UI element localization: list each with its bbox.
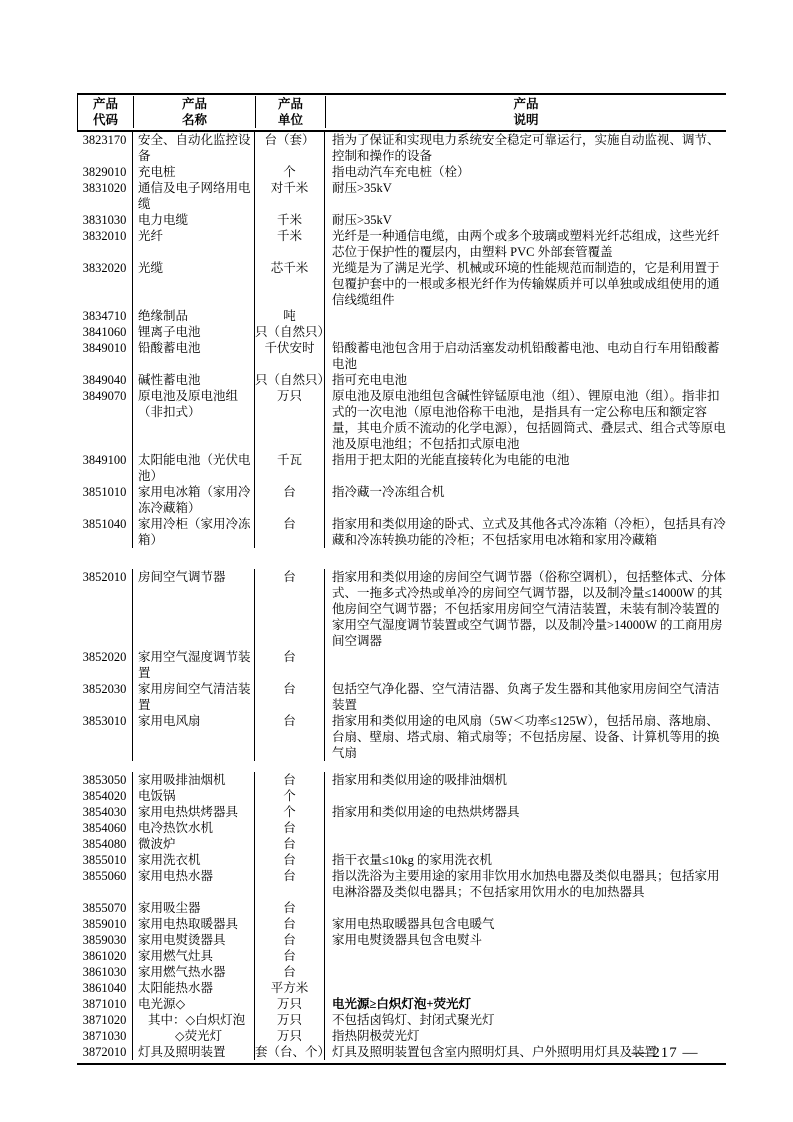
product-description-cell: 指家用和类似用途的卧式、立式及其他各式冷冻箱（冷柜），包括具有冷藏和冷冻转换功能… <box>325 516 726 548</box>
product-unit-cell: 台（套） <box>255 132 325 164</box>
product-unit-cell: 千米 <box>255 212 325 228</box>
product-description-cell: 原电池及原电池组包含碱性锌锰原电池（组）、锂原电池（组）。指非扣式的一次电池（原… <box>325 388 726 452</box>
table-row: 3829010充电桩个指电动汽车充电桩（栓） <box>77 164 726 180</box>
product-name-cell: 电光源◇ <box>133 996 255 1012</box>
table-row: 3834710绝缘制品吨 <box>77 308 726 324</box>
product-code-cell: 3855060 <box>77 868 133 900</box>
product-code-cell: 3829010 <box>77 164 133 180</box>
product-description-cell <box>325 836 726 852</box>
product-code-cell: 3853050 <box>77 772 133 788</box>
product-code-cell: 3854080 <box>77 836 133 852</box>
product-name-cell: 家用房间空气清洁装置 <box>133 681 255 713</box>
table-row: 3849040碱性蓄电池只（自然只）指可充电电池 <box>77 372 726 388</box>
product-description-cell <box>325 948 726 964</box>
page-number: — 217 — <box>600 1045 730 1061</box>
product-unit-cell: 台 <box>255 713 325 761</box>
product-description-cell <box>325 820 726 836</box>
table-row: 3852010房间空气调节器台指家用和类似用途的房间空气调节器（俗称空调机），包… <box>77 569 726 649</box>
product-code-cell: 3861040 <box>77 980 133 996</box>
header-line: 产品 <box>256 96 325 112</box>
product-code-cell: 3834710 <box>77 308 133 324</box>
product-description-cell: 指电动汽车充电桩（栓） <box>325 164 726 180</box>
product-unit-cell: 千米 <box>255 228 325 260</box>
product-code-cell: 3861020 <box>77 948 133 964</box>
product-code-cell: 3854060 <box>77 820 133 836</box>
header-product-description: 产品 说明 <box>326 96 726 128</box>
table-row: 3823170安全、自动化监控设备台（套）指为了保证和实现电力系统安全稳定可靠运… <box>77 132 726 164</box>
product-description-cell: 耐压>35kV <box>325 212 726 228</box>
product-unit-cell: 台 <box>255 932 325 948</box>
product-description-cell <box>325 900 726 916</box>
table-row: 3853050家用吸排油烟机台指家用和类似用途的吸排油烟机 <box>77 772 726 788</box>
table-header: 产品 代码 产品 名称 产品 单位 产品 说明 <box>77 93 726 132</box>
product-code-cell: 3852020 <box>77 649 133 681</box>
product-unit-cell: 台 <box>255 948 325 964</box>
product-name-cell: 家用燃气热水器 <box>133 964 255 980</box>
product-unit-cell: 台 <box>255 516 325 548</box>
product-code-cell: 3871030 <box>77 1028 133 1044</box>
table-row: 3859010家用电热取暖器具台家用电热取暖器具包含电暖气 <box>77 916 726 932</box>
product-name-cell: 家用燃气灶具 <box>133 948 255 964</box>
table-row: 3871030◇荧光灯万只指热阴极荧光灯 <box>77 1028 726 1044</box>
product-name-cell: 电力电缆 <box>133 212 255 228</box>
table-row: 3849070原电池及原电池组（非扣式）万只原电池及原电池组包含碱性锌锰原电池（… <box>77 388 726 452</box>
product-description-cell <box>325 308 726 324</box>
product-name-cell: 光缆 <box>133 260 255 308</box>
product-code-cell: 3832020 <box>77 260 133 308</box>
table-row: 3849010铅酸蓄电池千伏安时铅酸蓄电池包含用于启动活塞发动机铅酸蓄电池、电动… <box>77 340 726 372</box>
header-line: 产品 <box>134 96 255 112</box>
product-description-cell: 指为了保证和实现电力系统安全稳定可靠运行，实施自动监视、调节、控制和操作的设备 <box>325 132 726 164</box>
product-name-cell: 家用电热烘烤器具 <box>133 804 255 820</box>
header-line: 名称 <box>134 112 255 128</box>
page-number-text: — 217 — <box>632 1045 699 1061</box>
product-name-cell: 家用吸尘器 <box>133 900 255 916</box>
product-unit-cell: 台 <box>255 772 325 788</box>
product-description-cell: 指可充电电池 <box>325 372 726 388</box>
product-name-cell: 灯具及照明装置 <box>133 1044 255 1060</box>
product-code-cell: 3851040 <box>77 516 133 548</box>
product-code-cell: 3849070 <box>77 388 133 452</box>
product-description-cell: 指冷藏一冷冻组合机 <box>325 484 726 516</box>
product-code-cell: 3849010 <box>77 340 133 372</box>
header-product-name: 产品 名称 <box>134 96 256 128</box>
product-name-cell: 碱性蓄电池 <box>133 372 255 388</box>
product-name-cell: 家用冷柜（家用冷冻箱） <box>133 516 255 548</box>
product-name-cell: 光纤 <box>133 228 255 260</box>
product-code-cell: 3852030 <box>77 681 133 713</box>
product-description-cell: 耐压>35kV <box>325 180 726 212</box>
header-line: 单位 <box>256 112 325 128</box>
table-row: 3855070家用吸尘器台 <box>77 900 726 916</box>
product-name-cell: 其中：◇白炽灯泡 <box>133 1012 255 1028</box>
product-unit-cell: 台 <box>255 649 325 681</box>
product-description-cell: 光纤是一种通信电缆，由两个或多个玻璃或塑料光纤芯组成，这些光纤芯位于保护性的覆层… <box>325 228 726 260</box>
product-description-cell: 包括空气净化器、空气清洁器、负离子发生器和其他家用房间空气清洁装置 <box>325 681 726 713</box>
table-row: 3861020家用燃气灶具台 <box>77 948 726 964</box>
product-unit-cell: 对千米 <box>255 180 325 212</box>
table-row: 3855060家用电热水器台指以洗浴为主要用途的家用非饮用水加热电器及类似电器具… <box>77 868 726 900</box>
table-body: 3823170安全、自动化监控设备台（套）指为了保证和实现电力系统安全稳定可靠运… <box>77 132 726 1065</box>
product-description-cell: 指干衣量≤10kg 的家用洗衣机 <box>325 852 726 868</box>
product-description-cell: 指家用和类似用途的电热烘烤器具 <box>325 804 726 820</box>
product-name-cell: 安全、自动化监控设备 <box>133 132 255 164</box>
product-table: 产品 代码 产品 名称 产品 单位 产品 说明 3823170安全、自动化监控设… <box>77 93 726 1065</box>
product-name-cell: 家用洗衣机 <box>133 852 255 868</box>
product-code-cell: 3855010 <box>77 852 133 868</box>
product-name-cell: 原电池及原电池组（非扣式） <box>133 388 255 452</box>
product-description-cell: 指用于把太阳的光能直接转化为电能的电池 <box>325 452 726 484</box>
product-unit-cell: 万只 <box>255 996 325 1012</box>
product-description-cell <box>325 980 726 996</box>
product-name-cell: 家用空气湿度调节装置 <box>133 649 255 681</box>
table-row: 3831030电力电缆千米耐压>35kV <box>77 212 726 228</box>
header-line: 说明 <box>326 112 726 128</box>
header-line: 产品 <box>78 96 133 112</box>
table-row: 3831020通信及电子网络用电缆对千米耐压>35kV <box>77 180 726 212</box>
product-name-cell: 家用电冰箱（家用冷冻冷藏箱） <box>133 484 255 516</box>
product-name-cell: 铅酸蓄电池 <box>133 340 255 372</box>
product-name-cell: 锂离子电池 <box>133 324 255 340</box>
product-description-cell: 指家用和类似用途的房间空气调节器（俗称空调机），包括整体式、分体式、一拖多式冷热… <box>325 569 726 649</box>
table-row: 3852020家用空气湿度调节装置台 <box>77 649 726 681</box>
product-description-cell: 家用电热取暖器具包含电暖气 <box>325 916 726 932</box>
product-code-cell: 3871020 <box>77 1012 133 1028</box>
product-description-cell: 光缆是为了满足光学、机械或环境的性能规范而制造的，它是利用置于包覆护套中的一根或… <box>325 260 726 308</box>
product-name-cell: 家用电热水器 <box>133 868 255 900</box>
table-row: 3871010电光源◇万只电光源≥白炽灯泡+荧光灯 <box>77 996 726 1012</box>
product-unit-cell: 台 <box>255 964 325 980</box>
product-description-cell <box>325 964 726 980</box>
product-unit-cell: 万只 <box>255 1012 325 1028</box>
product-name-cell: 电饭锅 <box>133 788 255 804</box>
product-description-cell: 铅酸蓄电池包含用于启动活塞发动机铅酸蓄电池、电动自行车用铅酸蓄电池 <box>325 340 726 372</box>
product-unit-cell: 只（自然只） <box>255 324 325 340</box>
product-unit-cell: 个 <box>255 164 325 180</box>
table-row: 3832010光纤千米光纤是一种通信电缆，由两个或多个玻璃或塑料光纤芯组成，这些… <box>77 228 726 260</box>
product-code-cell: 3859010 <box>77 916 133 932</box>
product-description-cell <box>325 788 726 804</box>
product-description-cell: 指家用和类似用途的电风扇（5W＜功率≤125W），包括吊扇、落地扇、台扇、壁扇、… <box>325 713 726 761</box>
table-row: 3859030家用电熨烫器具台家用电熨烫器具包含电熨斗 <box>77 932 726 948</box>
table-row: 3841060锂离子电池只（自然只） <box>77 324 726 340</box>
table-row: 3853010家用电风扇台指家用和类似用途的电风扇（5W＜功率≤125W），包括… <box>77 713 726 761</box>
product-unit-cell: 台 <box>255 836 325 852</box>
product-code-cell: 3832010 <box>77 228 133 260</box>
product-name-cell: 充电桩 <box>133 164 255 180</box>
product-description-cell: 家用电熨烫器具包含电熨斗 <box>325 932 726 948</box>
table-row: 3832020光缆芯千米光缆是为了满足光学、机械或环境的性能规范而制造的，它是利… <box>77 260 726 308</box>
product-code-cell: 3841060 <box>77 324 133 340</box>
product-unit-cell: 只（自然只） <box>255 372 325 388</box>
table-row: 3861030家用燃气热水器台 <box>77 964 726 980</box>
product-unit-cell: 吨 <box>255 308 325 324</box>
product-code-cell: 3854030 <box>77 804 133 820</box>
product-code-cell: 3855070 <box>77 900 133 916</box>
product-code-cell: 3872010 <box>77 1044 133 1060</box>
product-code-cell: 3853010 <box>77 713 133 761</box>
product-name-cell: 电冷热饮水机 <box>133 820 255 836</box>
product-unit-cell: 个 <box>255 788 325 804</box>
product-code-cell: 3849040 <box>77 372 133 388</box>
table-row: 3854030家用电热烘烤器具个指家用和类似用途的电热烘烤器具 <box>77 804 726 820</box>
product-unit-cell: 万只 <box>255 388 325 452</box>
product-unit-cell: 台 <box>255 681 325 713</box>
product-name-cell: 太阳能电池（光伏电池） <box>133 452 255 484</box>
table-row: 3855010家用洗衣机台指干衣量≤10kg 的家用洗衣机 <box>77 852 726 868</box>
product-code-cell: 3859030 <box>77 932 133 948</box>
product-code-cell: 3851010 <box>77 484 133 516</box>
product-unit-cell: 台 <box>255 900 325 916</box>
table-row: 3851040家用冷柜（家用冷冻箱）台指家用和类似用途的卧式、立式及其他各式冷冻… <box>77 516 726 548</box>
product-name-cell: 家用电热取暖器具 <box>133 916 255 932</box>
product-code-cell: 3823170 <box>77 132 133 164</box>
table-row: 3854020电饭锅个 <box>77 788 726 804</box>
table-row: 3871020其中：◇白炽灯泡万只不包括卤钨灯、封闭式聚光灯 <box>77 1012 726 1028</box>
product-code-cell: 3871010 <box>77 996 133 1012</box>
table-row: 3849100太阳能电池（光伏电池）千瓦指用于把太阳的光能直接转化为电能的电池 <box>77 452 726 484</box>
product-name-cell: 绝缘制品 <box>133 308 255 324</box>
product-name-cell: 家用电熨烫器具 <box>133 932 255 948</box>
product-code-cell: 3861030 <box>77 964 133 980</box>
product-description-cell: 不包括卤钨灯、封闭式聚光灯 <box>325 1012 726 1028</box>
product-description-cell: 指以洗浴为主要用途的家用非饮用水加热电器及类似电器具；包括家用电淋浴器及类似电器… <box>325 868 726 900</box>
product-unit-cell: 套（台、个） <box>255 1044 325 1060</box>
product-code-cell: 3852010 <box>77 569 133 649</box>
product-unit-cell: 台 <box>255 569 325 649</box>
product-unit-cell: 万只 <box>255 1028 325 1044</box>
product-code-cell: 3849100 <box>77 452 133 484</box>
table-row: 3861040太阳能热水器平方米 <box>77 980 726 996</box>
header-product-code: 产品 代码 <box>78 96 134 128</box>
product-name-cell: 房间空气调节器 <box>133 569 255 649</box>
product-unit-cell: 千瓦 <box>255 452 325 484</box>
product-name-cell: 家用电风扇 <box>133 713 255 761</box>
product-unit-cell: 个 <box>255 804 325 820</box>
product-unit-cell: 芯千米 <box>255 260 325 308</box>
table-row: 3854060电冷热饮水机台 <box>77 820 726 836</box>
table-row: 3851010家用电冰箱（家用冷冻冷藏箱）台指冷藏一冷冻组合机 <box>77 484 726 516</box>
product-name-cell: 太阳能热水器 <box>133 980 255 996</box>
product-code-cell: 3854020 <box>77 788 133 804</box>
header-line: 代码 <box>78 112 133 128</box>
product-description-cell: 指热阴极荧光灯 <box>325 1028 726 1044</box>
header-product-unit: 产品 单位 <box>256 96 326 128</box>
product-unit-cell: 千伏安时 <box>255 340 325 372</box>
product-unit-cell: 平方米 <box>255 980 325 996</box>
product-code-cell: 3831030 <box>77 212 133 228</box>
product-name-cell: ◇荧光灯 <box>133 1028 255 1044</box>
table-row: 3852030家用房间空气清洁装置台包括空气净化器、空气清洁器、负离子发生器和其… <box>77 681 726 713</box>
product-name-cell: 通信及电子网络用电缆 <box>133 180 255 212</box>
product-unit-cell: 台 <box>255 484 325 516</box>
product-description-cell <box>325 649 726 681</box>
product-code-cell: 3831020 <box>77 180 133 212</box>
product-description-cell: 电光源≥白炽灯泡+荧光灯 <box>325 996 726 1012</box>
product-description-cell: 指家用和类似用途的吸排油烟机 <box>325 772 726 788</box>
product-name-cell: 微波炉 <box>133 836 255 852</box>
header-line: 产品 <box>326 96 726 112</box>
product-name-cell: 家用吸排油烟机 <box>133 772 255 788</box>
product-unit-cell: 台 <box>255 820 325 836</box>
product-unit-cell: 台 <box>255 868 325 900</box>
product-unit-cell: 台 <box>255 916 325 932</box>
table-row: 3854080微波炉台 <box>77 836 726 852</box>
document-page: 产品 代码 产品 名称 产品 单位 产品 说明 3823170安全、自动化监控设… <box>0 0 793 1122</box>
product-description-cell <box>325 324 726 340</box>
product-unit-cell: 台 <box>255 852 325 868</box>
